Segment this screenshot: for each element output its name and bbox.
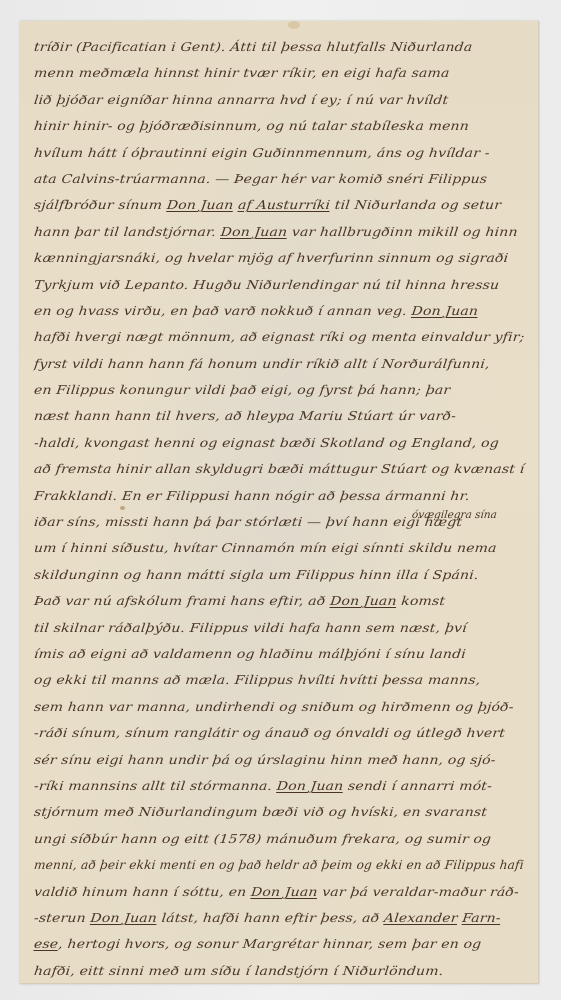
line-text: ungi síðbúr hann og eitt (1578) mánuðum … — [33, 826, 493, 852]
text-line: stjórnum með Niðurlandingum bæði við og … — [33, 799, 538, 825]
text-line: tríðir (Pacificatian i Gent). Átti til þ… — [33, 34, 538, 60]
underlined-phrase: Don Juan — [90, 911, 158, 925]
line-text: menn meðmæla hinnst hinir tvær ríkir, en… — [33, 60, 451, 86]
line-text: Frakklandi. En er Filippusi hann nógir a… — [33, 483, 471, 509]
text-line: Tyrkjum við Lepanto. Hugðu Niðurlendinga… — [33, 272, 538, 298]
text-line: skildunginn og hann mátti sigla um Filip… — [33, 562, 538, 588]
text-line: -haldi, kvongast henni og eignast bæði S… — [33, 430, 538, 456]
text-line: menn meðmæla hinnst hinir tvær ríkir, en… — [33, 60, 538, 86]
line-text: að fremsta hinir allan skyldugri bæði má… — [33, 456, 526, 482]
interlinear-insertion: óvægilegra sína — [411, 509, 497, 521]
text-line: hafði, eitt sinni með um síðu í landstjó… — [33, 958, 538, 984]
text-line: sér sínu eigi hann undir þá og úrslaginu… — [33, 747, 538, 773]
line-text: lið þjóðar eigníðar hinna annarra hvd í … — [33, 87, 450, 113]
line-text: en og hvass virðu, en það varð nokkuð í … — [33, 298, 480, 324]
line-text: skildunginn og hann mátti sigla um Filip… — [33, 562, 480, 588]
line-text: iðar síns, missti hann þá þar stórlæti —… — [33, 509, 464, 535]
underlined-phrase: Don Juan — [220, 225, 288, 239]
line-text: og ekki til manns að mæla. Filippus hvíl… — [33, 667, 482, 693]
text-line: ata Calvins-trúarmanna. — Þegar hér var … — [33, 166, 538, 192]
line-text: sjálfbróður sínum Don Juan af Austurríki… — [33, 192, 503, 218]
text-line: hinir hinir- og þjóðræðisinnum, og nú ta… — [33, 113, 538, 139]
text-line: um í hinni síðustu, hvítar Cinnamón mín … — [33, 535, 538, 561]
text-line: hvílum hátt í óþrautinni eigin Guðinnmen… — [33, 140, 538, 166]
text-line: fyrst vildi hann hann fá honum undir rík… — [33, 351, 538, 377]
line-text: næst hann hann til hvers, að hleypa Mari… — [33, 403, 458, 429]
line-text: hinir hinir- og þjóðræðisinnum, og nú ta… — [33, 113, 471, 139]
text-line: lið þjóðar eigníðar hinna annarra hvd í … — [33, 87, 538, 113]
line-text: um í hinni síðustu, hvítar Cinnamón mín … — [33, 535, 498, 561]
line-text: sér sínu eigi hann undir þá og úrslaginu… — [33, 747, 497, 773]
line-text: ata Calvins-trúarmanna. — Þegar hér var … — [33, 166, 489, 192]
line-text: hafði hvergi nægt mönnum, að eignast rík… — [33, 324, 526, 350]
underlined-phrase: Alexander — [383, 911, 458, 925]
text-line: valdið hinum hann í sóttu, en Don Juan v… — [33, 879, 538, 905]
text-line: hann þar til landstjórnar. Don Juan var … — [33, 219, 538, 245]
line-text: sem hann var manna, undirhendi og sniðum… — [33, 694, 515, 720]
text-line: en Filippus konungur vildi það eigi, og … — [33, 377, 538, 403]
text-line: -ríki mannsins allt til stórmanna. Don J… — [33, 773, 538, 799]
text-line: -ráði sínum, sínum ranglátir og ánauð og… — [33, 720, 538, 746]
line-text: en Filippus konungur vildi það eigi, og … — [33, 377, 452, 403]
line-text: menni, að þeir ekki menti en og það held… — [33, 852, 526, 878]
line-text: Tyrkjum við Lepanto. Hugðu Niðurlendinga… — [33, 272, 501, 298]
line-text: Það var nú afskólum frami hans eftir, að… — [33, 588, 447, 614]
text-line: sem hann var manna, undirhendi og sniðum… — [33, 694, 538, 720]
text-line: ungi síðbúr hann og eitt (1578) mánuðum … — [33, 826, 538, 852]
line-text: -sterun Don Juan látst, hafði hann eftir… — [33, 905, 503, 931]
underlined-phrase: Don Juan — [166, 198, 234, 212]
line-text: fyrst vildi hann hann fá honum undir rík… — [33, 351, 491, 377]
underlined-phrase: Farn- — [462, 911, 502, 925]
underlined-phrase: af Austurríki — [237, 198, 331, 212]
line-text: hafði, eitt sinni með um síðu í landstjó… — [33, 958, 445, 984]
text-line: hafði hvergi nægt mönnum, að eignast rík… — [33, 324, 538, 350]
scan-background: tríðir (Pacificatian i Gent). Átti til þ… — [0, 0, 561, 1000]
text-line: en og hvass virðu, en það varð nokkuð í … — [33, 298, 538, 324]
line-text: valdið hinum hann í sóttu, en Don Juan v… — [33, 879, 521, 905]
line-text: -ríki mannsins allt til stórmanna. Don J… — [33, 773, 494, 799]
text-line: sjálfbróður sínum Don Juan af Austurríki… — [33, 192, 538, 218]
text-line: og ekki til manns að mæla. Filippus hvíl… — [33, 667, 538, 693]
text-line: -sterun Don Juan látst, hafði hann eftir… — [33, 905, 538, 931]
line-text: -ráði sínum, sínum ranglátir og ánauð og… — [33, 720, 507, 746]
line-text: stjórnum með Niðurlandingum bæði við og … — [33, 799, 489, 825]
underlined-phrase: Don Juan — [411, 304, 479, 318]
text-line: Frakklandi. En er Filippusi hann nógir a… — [33, 483, 538, 509]
line-text: hvílum hátt í óþrautinni eigin Guðinnmen… — [33, 140, 491, 166]
text-line: menni, að þeir ekki menti en og það held… — [33, 852, 538, 878]
text-line: næst hann hann til hvers, að hleypa Mari… — [33, 403, 538, 429]
paper-stain — [288, 21, 300, 29]
text-line: kænningjarsnáki, og hvelar mjög af hverf… — [33, 245, 538, 271]
line-text: ímis að eigni að valdamenn og hlaðinu má… — [33, 641, 468, 667]
text-line: Það var nú afskólum frami hans eftir, að… — [33, 588, 538, 614]
line-text: ese, hertogi hvors, og sonur Margrétar h… — [33, 931, 483, 957]
underlined-phrase: ese — [33, 937, 59, 951]
text-line: ese, hertogi hvors, og sonur Margrétar h… — [33, 931, 538, 957]
text-line: ímis að eigni að valdamenn og hlaðinu má… — [33, 641, 538, 667]
line-text: -haldi, kvongast henni og eignast bæði S… — [33, 430, 501, 456]
text-line: að fremsta hinir allan skyldugri bæði má… — [33, 456, 538, 482]
text-line: til skilnar ráðalþýðu. Filippus vildi ha… — [33, 615, 538, 641]
line-text: tríðir (Pacificatian i Gent). Átti til þ… — [33, 34, 474, 60]
line-text: hann þar til landstjórnar. Don Juan var … — [33, 219, 519, 245]
underlined-phrase: Don Juan — [250, 885, 318, 899]
line-text: kænningjarsnáki, og hvelar mjög af hverf… — [33, 245, 510, 271]
underlined-phrase: Don Juan — [276, 779, 344, 793]
line-text: til skilnar ráðalþýðu. Filippus vildi ha… — [33, 615, 468, 641]
underlined-phrase: Don Juan — [329, 594, 397, 608]
